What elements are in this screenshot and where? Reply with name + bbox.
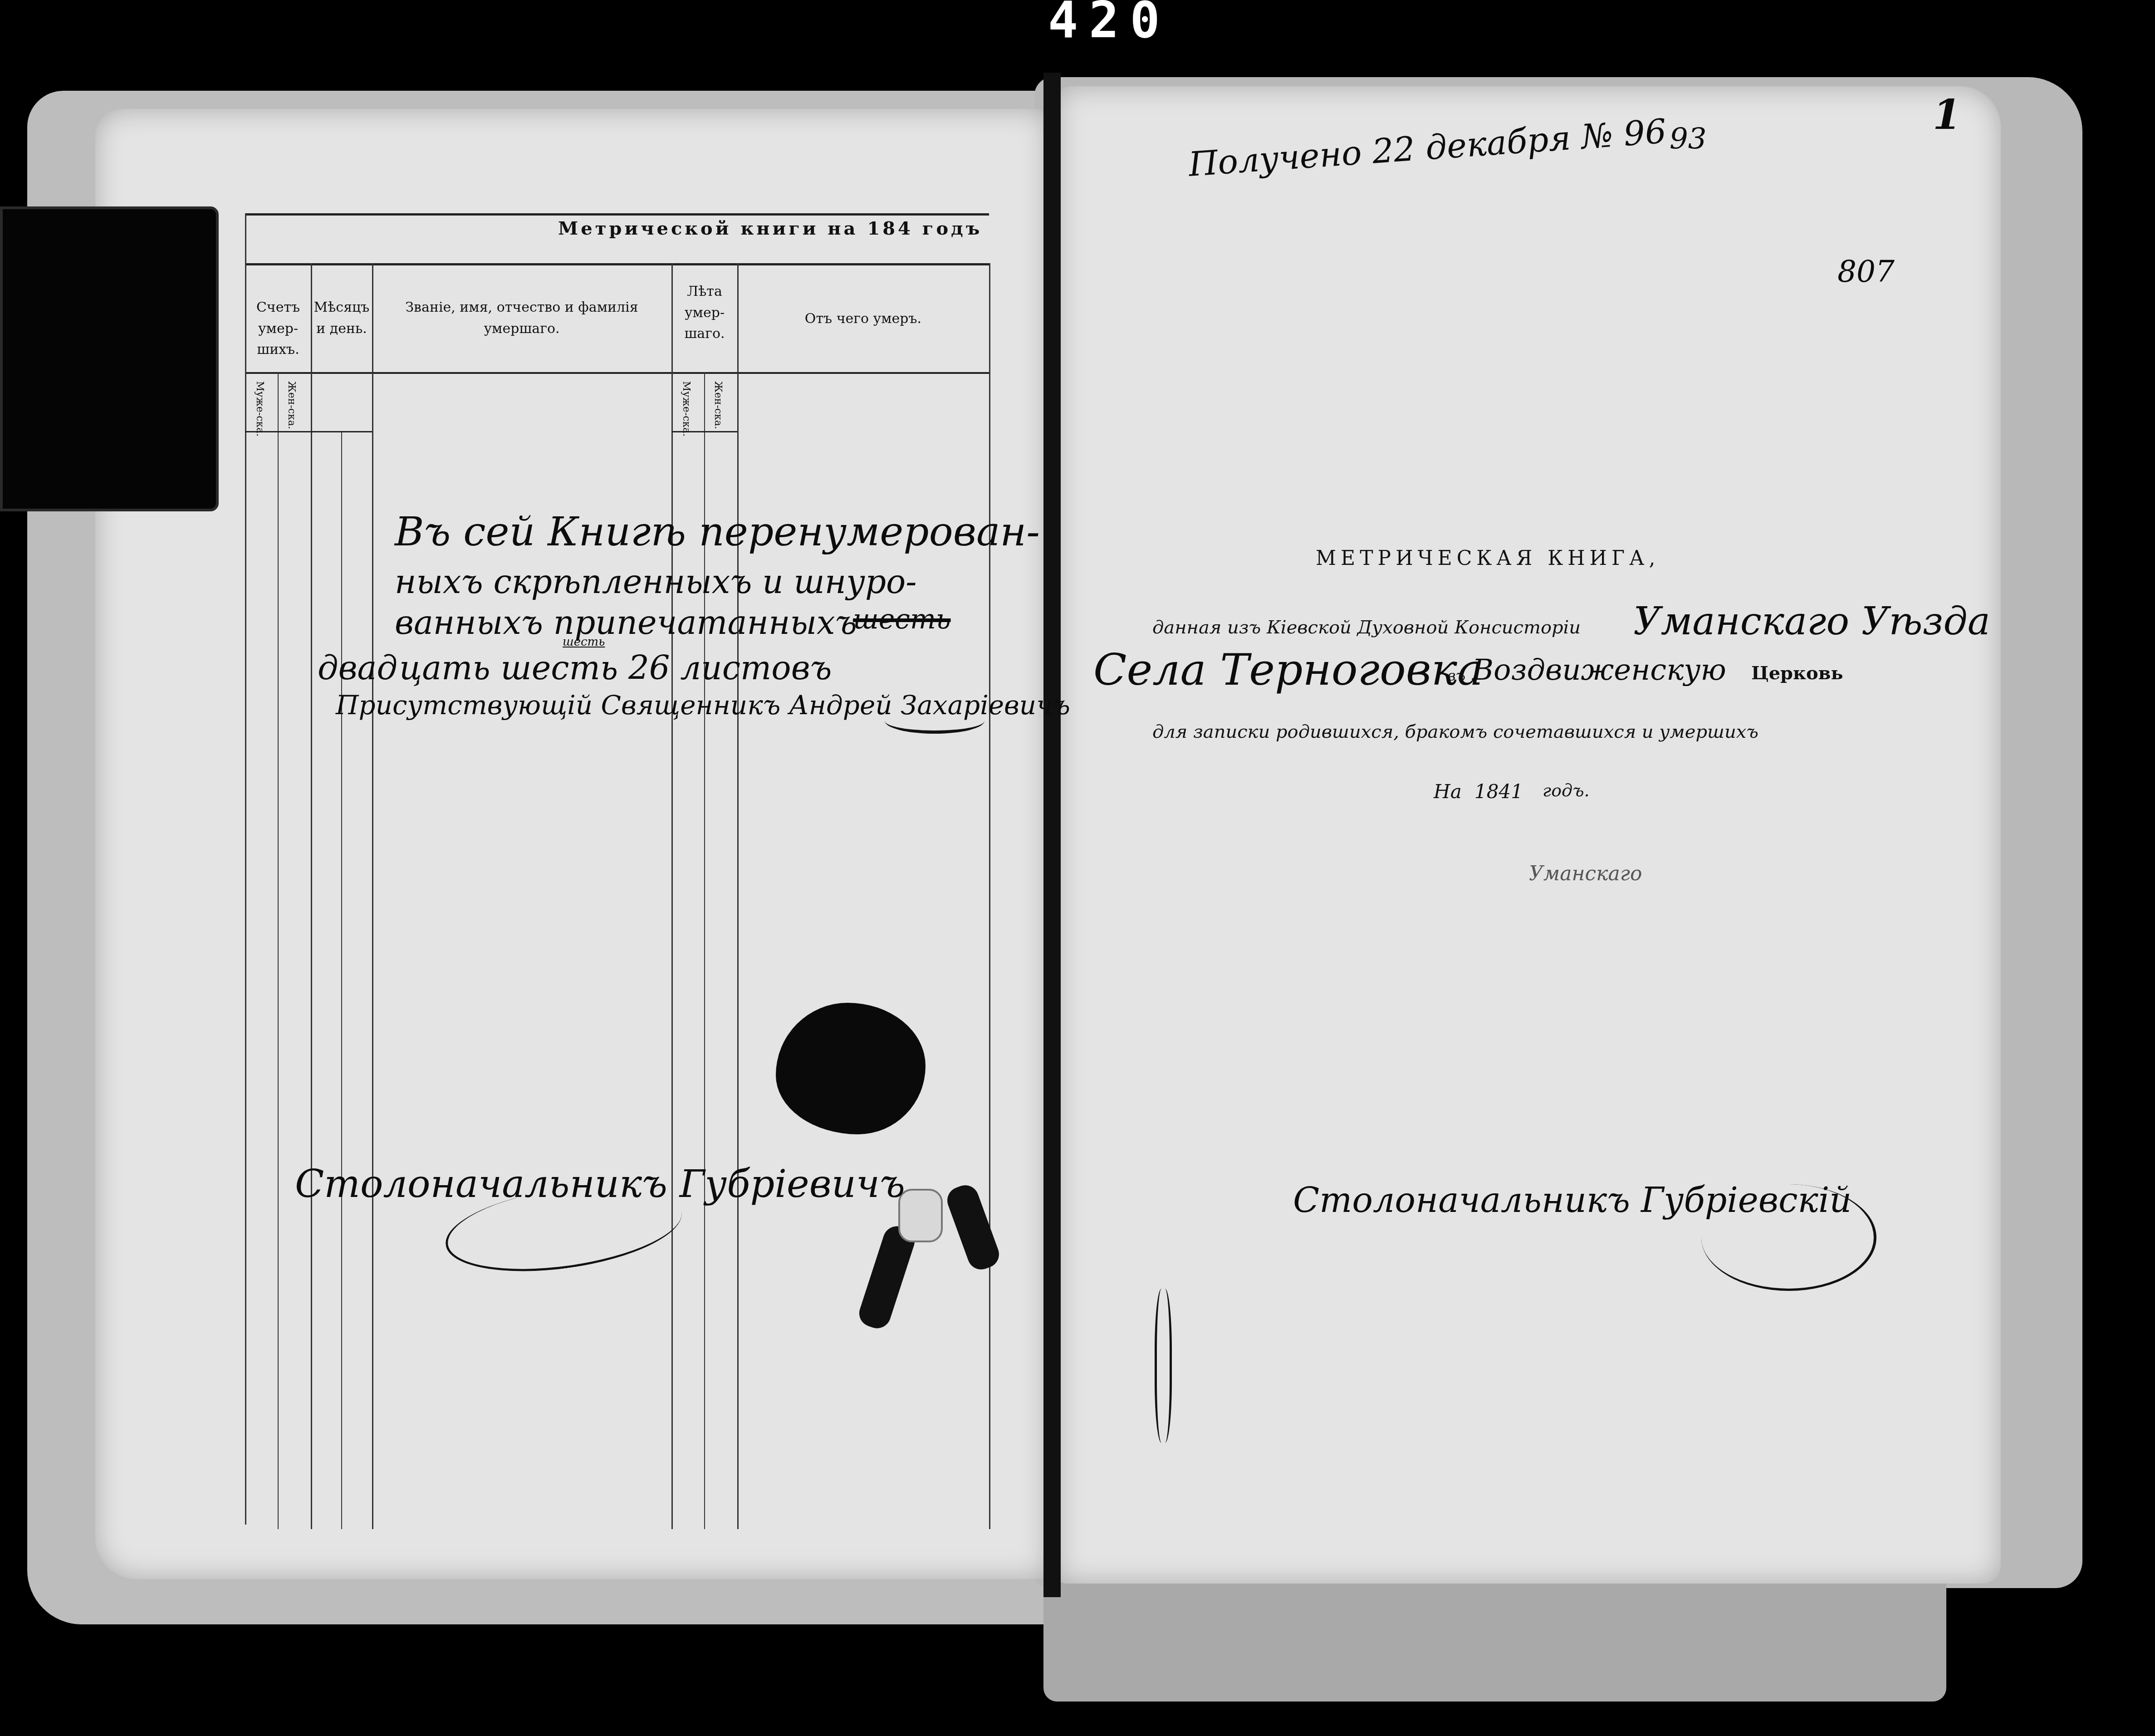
- right-page-crease: [1155, 1289, 1172, 1443]
- signer-flourish: [885, 708, 984, 734]
- subheader-count-female: Жен-ска.: [286, 381, 297, 429]
- certification-line-2: ныхъ скрѣпленныхъ и шнуро-: [395, 563, 917, 601]
- right-signature-flourish: [1701, 1184, 1876, 1291]
- certification-line-3: ванныхъ припечатанныхъ: [395, 603, 857, 642]
- column-header-age: Лѣта умер-шаго.: [674, 281, 735, 345]
- certification-struck-word: шесть: [853, 603, 951, 635]
- book-spine: [1043, 73, 1061, 1597]
- book-title: МЕТРИЧЕСКАЯ КНИГА,: [1316, 547, 1660, 570]
- subheader-count-male: Муже-ска.: [254, 381, 265, 436]
- certification-line-1: Въ сей Книгѣ перенумерован-: [395, 508, 1040, 555]
- certification-margin-word: двад: [318, 649, 397, 687]
- church-prefix: въ: [1447, 667, 1465, 684]
- church-handwritten: Воздвиженскую: [1472, 653, 1726, 687]
- district-note: Уманскаго: [1529, 862, 1642, 885]
- year-prefix: На: [1434, 780, 1462, 803]
- receipt-note-aside: 93: [1670, 123, 1706, 156]
- district-handwritten: Уманскаго Уѣзда: [1633, 599, 1990, 643]
- year-value: 1841: [1474, 780, 1523, 803]
- wax-seal: [776, 1003, 926, 1134]
- certification-superscript: шесть: [563, 635, 605, 649]
- column-header-name: Званіе, имя, отчество и фамилія умершаго…: [381, 297, 662, 339]
- column-header-count: Счетъ умер-шихъ.: [247, 297, 309, 361]
- village-handwritten: Села Терноговка: [1093, 644, 1483, 695]
- subheader-age-female: Жен-ска.: [712, 381, 723, 429]
- purpose-line: для записки родившихся, бракомъ сочетавш…: [1152, 721, 1758, 742]
- right-page: [1057, 86, 2001, 1584]
- column-header-date: Мѣсяцъ и день.: [313, 297, 370, 339]
- table-title: Метрической книги на 184 годъ: [558, 218, 982, 239]
- column-header-cause: Отъ чего умеръ.: [740, 309, 987, 330]
- frame-number: 420: [1048, 0, 1171, 49]
- death-register-table: Метрической книги на 184 годъ Счетъ умер…: [245, 218, 989, 1525]
- church-suffix: Церковь: [1751, 662, 1843, 684]
- binding-clip: [0, 206, 219, 511]
- corner-mark: 1: [1933, 91, 1961, 139]
- year-suffix: годъ.: [1543, 780, 1590, 800]
- subheader-age-male: Муже-ска.: [681, 381, 691, 436]
- given-by-line: данная изъ Кіевской Духовной Консисторіи: [1152, 617, 1581, 638]
- certification-line-4: цать шесть 26 листовъ: [399, 649, 832, 687]
- folio-number: 807: [1837, 254, 1895, 289]
